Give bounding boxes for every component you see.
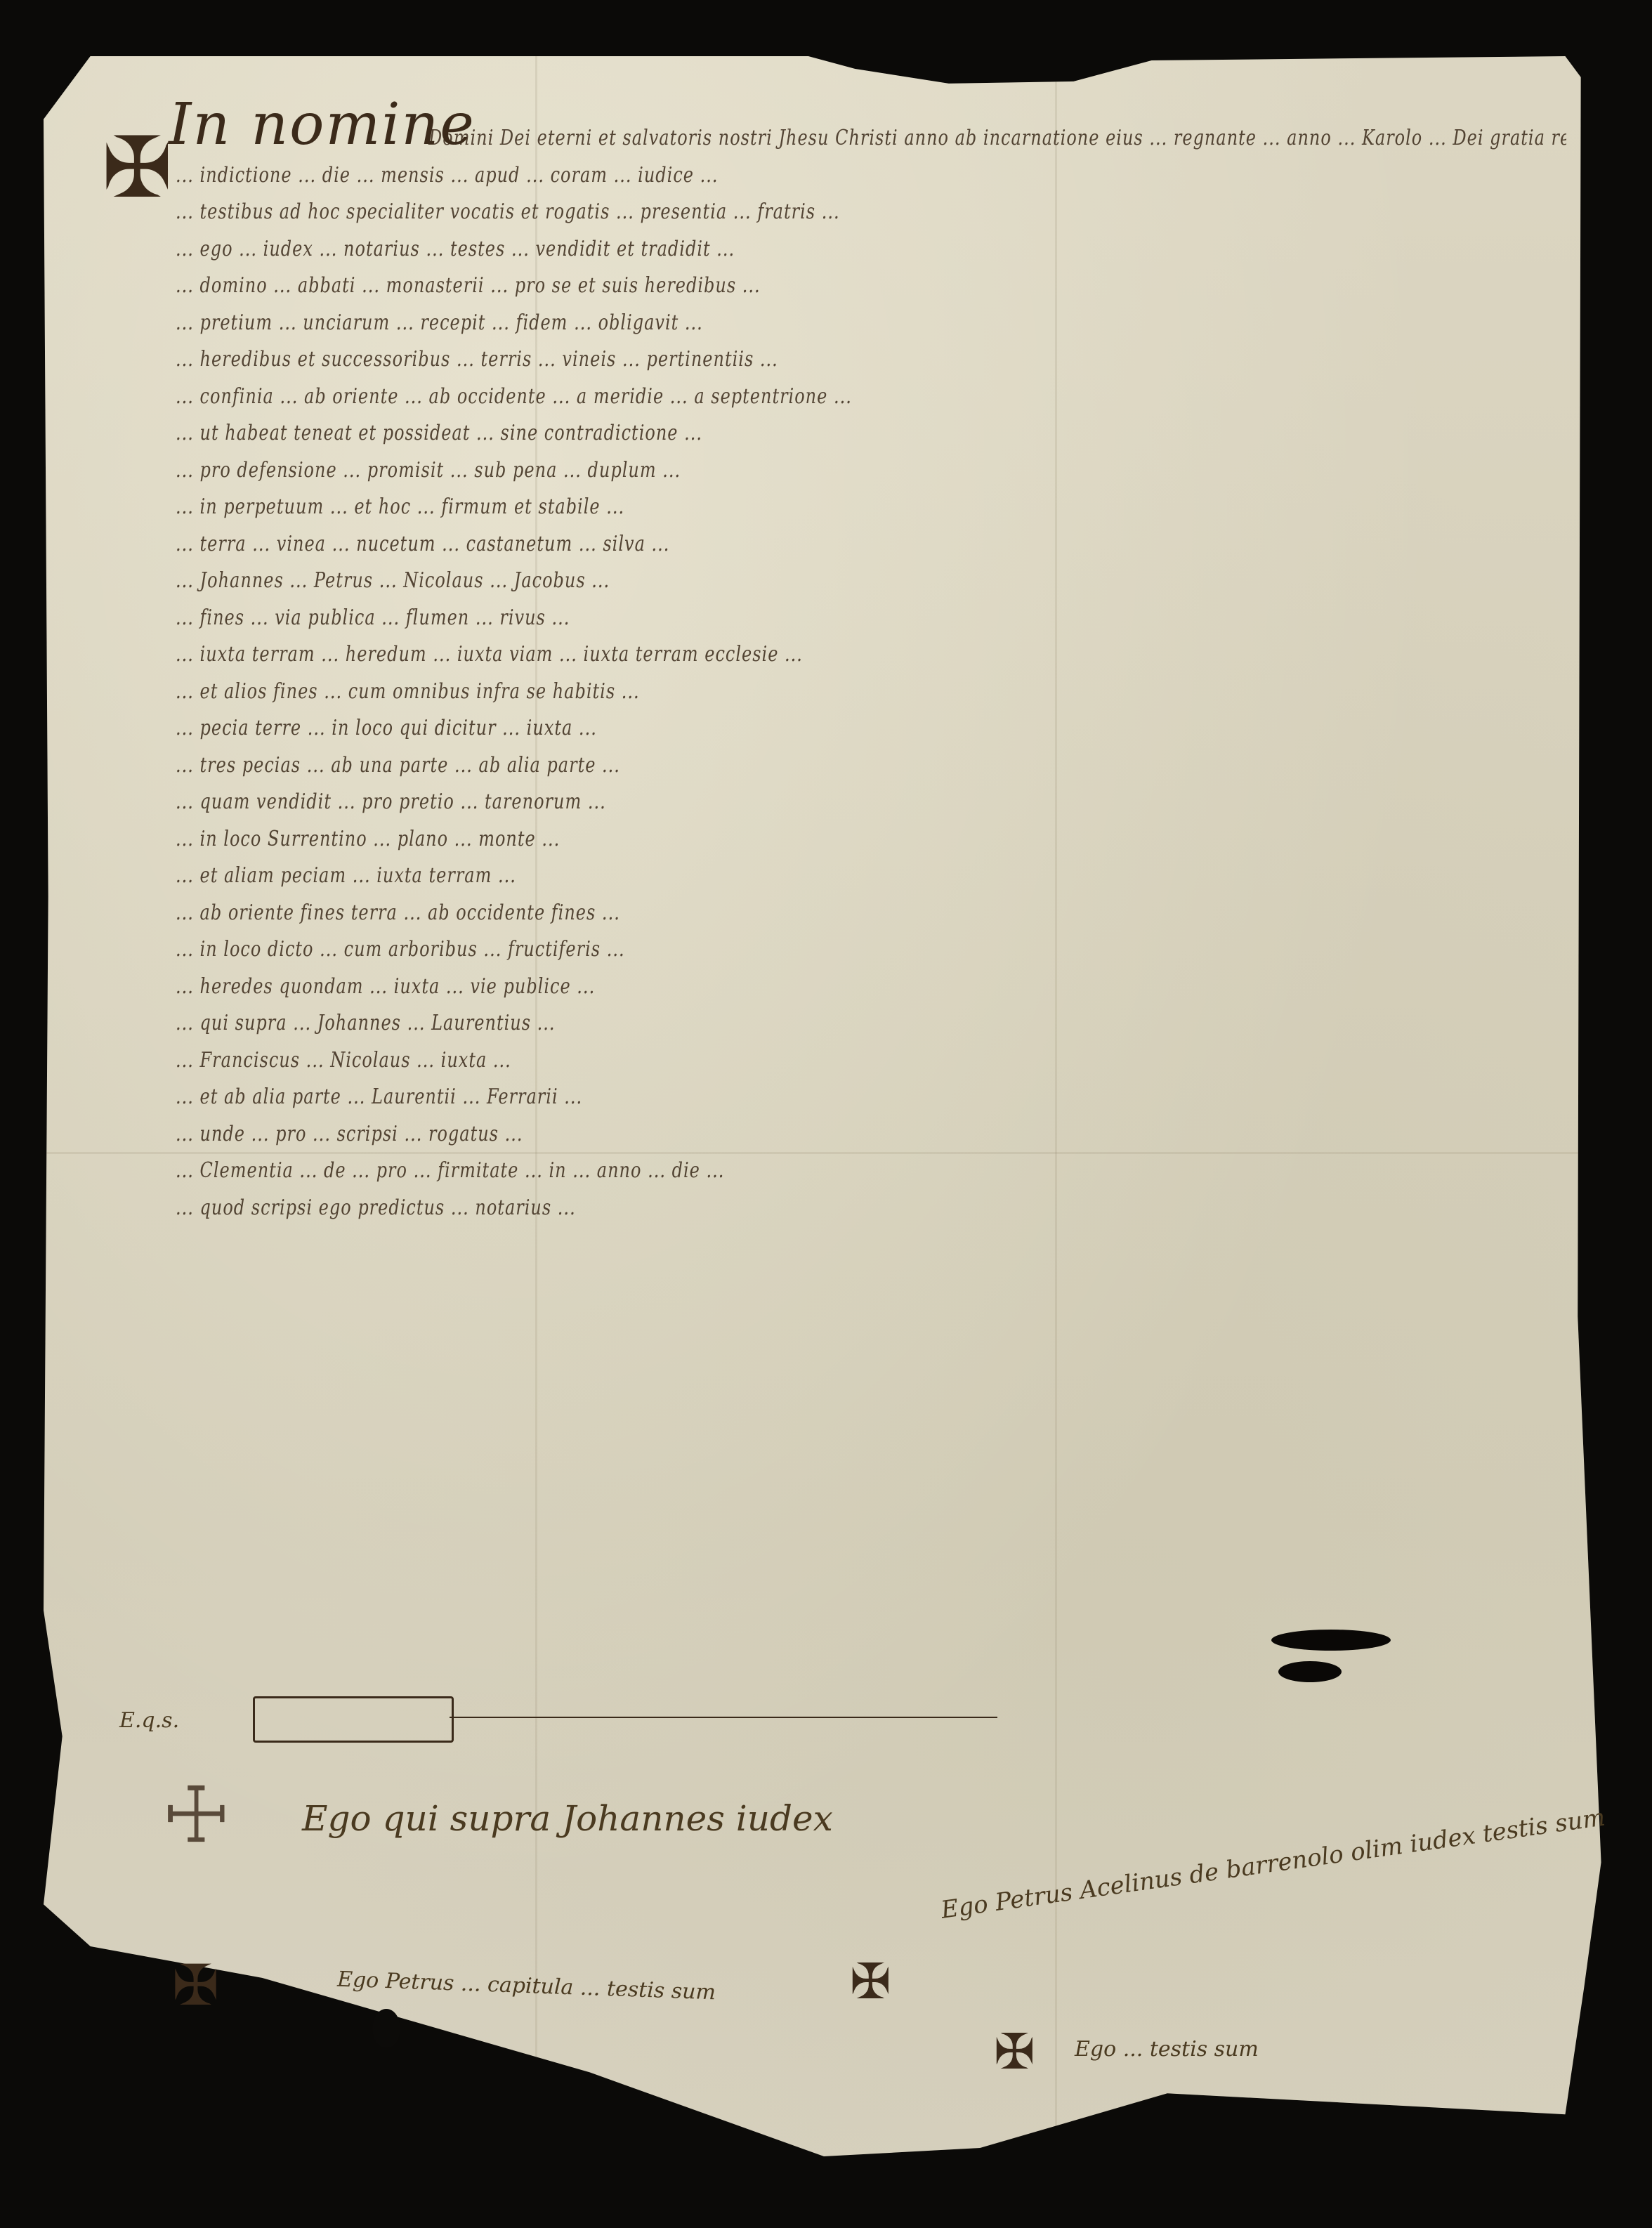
parchment-hole bbox=[372, 2009, 400, 2048]
subscription-cross-icon: ✠ bbox=[850, 1953, 891, 2010]
notary-flourish-line bbox=[450, 1717, 997, 1718]
notary-signature-text: E.q.s. bbox=[119, 1708, 179, 1733]
chrismon-cross-icon: ✠ bbox=[102, 119, 173, 217]
subscription-cross-icon: ✠ bbox=[172, 1953, 219, 2018]
subscription-cross-icon: ✠ bbox=[994, 2023, 1035, 2080]
subscription-cross-icon: ☩ bbox=[162, 1770, 231, 1860]
text-line: ... quod scripsi ego predictus ... notar… bbox=[176, 1184, 1566, 1231]
charter-body: Domini Dei eterni et salvatoris nostri J… bbox=[176, 119, 1566, 1226]
notary-signum-mark bbox=[253, 1696, 454, 1743]
subscription-judge: Ego qui supra Johannes iudex bbox=[302, 1798, 833, 1839]
subscription-witness-3: Ego ... testis sum bbox=[1075, 2037, 1259, 2062]
ink-blot bbox=[1271, 1630, 1391, 1651]
ink-blot bbox=[1278, 1661, 1342, 1682]
